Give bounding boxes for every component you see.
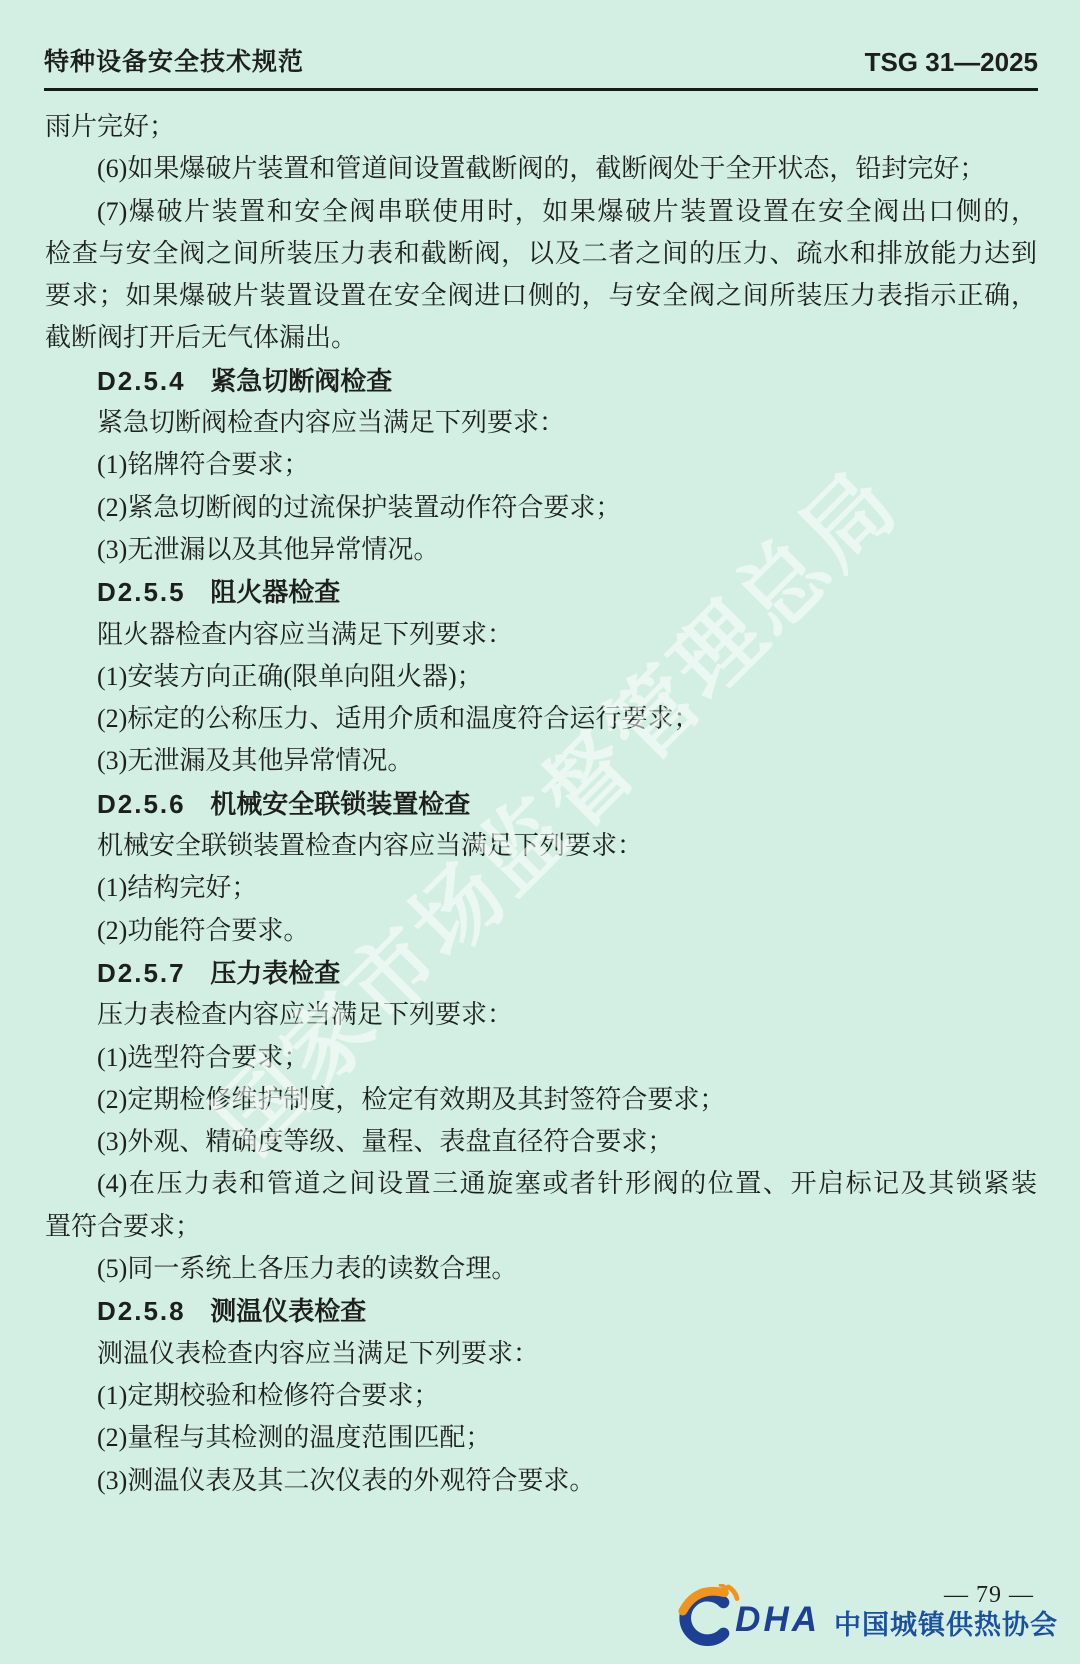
body-line: (5)同一系统上各压力表的读数合理。 bbox=[45, 1248, 1037, 1290]
section-number: D2.5.7 bbox=[97, 958, 186, 988]
section-title: 压力表检查 bbox=[210, 958, 340, 988]
body-line: 阻火器检查内容应当满足下列要求： bbox=[45, 614, 1037, 656]
section-heading: D2.5.6机械安全联锁装置检查 bbox=[45, 783, 1037, 825]
body-line: (3)测温仪表及其二次仪表的外观符合要求。 bbox=[45, 1460, 1037, 1502]
header-title: 特种设备安全技术规范 bbox=[44, 42, 304, 78]
body-line: 机械安全联锁装置检查内容应当满足下列要求： bbox=[45, 825, 1037, 867]
section-number: D2.5.5 bbox=[97, 577, 186, 607]
body-line: (1)选型符合要求； bbox=[45, 1037, 1037, 1079]
document-page: 特种设备安全技术规范 TSG 31—2025 国家市场监督管理总局 雨片完好；(… bbox=[0, 0, 1080, 1664]
body-line: (3)外观、精确度等级、量程、表盘直径符合要求； bbox=[45, 1121, 1037, 1163]
cdha-swoosh-icon bbox=[673, 1584, 743, 1646]
section-title: 测温仪表检查 bbox=[210, 1296, 366, 1326]
body-line: (1)定期校验和检修符合要求； bbox=[45, 1375, 1037, 1417]
body-line: 测温仪表检查内容应当满足下列要求： bbox=[45, 1333, 1037, 1375]
section-heading: D2.5.5阻火器检查 bbox=[45, 571, 1037, 613]
document-body: 雨片完好；(6)如果爆破片装置和管道间设置截断阀的，截断阀处于全开状态，铅封完好… bbox=[45, 106, 1037, 1502]
body-line: 压力表检查内容应当满足下列要求： bbox=[45, 994, 1037, 1036]
section-heading: D2.5.7压力表检查 bbox=[45, 952, 1037, 994]
header-doc-code: TSG 31—2025 bbox=[865, 47, 1038, 78]
body-line: (3)无泄漏及其他异常情况。 bbox=[45, 740, 1037, 782]
body-line: (2)紧急切断阀的过流保护装置动作符合要求； bbox=[45, 487, 1037, 529]
section-number: D2.5.8 bbox=[97, 1296, 186, 1326]
body-line: (6)如果爆破片装置和管道间设置截断阀的，截断阀处于全开状态，铅封完好； bbox=[45, 148, 1037, 190]
section-number: D2.5.6 bbox=[97, 789, 186, 819]
section-heading: D2.5.4紧急切断阀检查 bbox=[45, 360, 1037, 402]
section-title: 机械安全联锁装置检查 bbox=[210, 789, 470, 819]
body-line: (1)安装方向正确(限单向阻火器)； bbox=[45, 656, 1037, 698]
body-line: (2)定期检修维护制度，检定有效期及其封签符合要求； bbox=[45, 1079, 1037, 1121]
page-number: — 79 — bbox=[944, 1582, 1034, 1609]
body-line: (1)铭牌符合要求； bbox=[45, 444, 1037, 486]
body-line: 检查与安全阀之间所装压力表和截断阀，以及二者之间的压力、疏水和排放能力达到 bbox=[45, 233, 1037, 275]
body-line: (4)在压力表和管道之间设置三通旋塞或者针形阀的位置、开启标记及其锁紧装 bbox=[45, 1163, 1037, 1205]
page-header: 特种设备安全技术规范 TSG 31—2025 bbox=[44, 42, 1038, 91]
body-line: (3)无泄漏以及其他异常情况。 bbox=[45, 529, 1037, 571]
body-line: (2)功能符合要求。 bbox=[45, 910, 1037, 952]
body-line: (1)结构完好； bbox=[45, 867, 1037, 909]
body-line: (7)爆破片装置和安全阀串联使用时，如果爆破片装置设置在安全阀出口侧的， bbox=[45, 191, 1037, 233]
section-title: 紧急切断阀检查 bbox=[210, 366, 392, 396]
body-line: 截断阀打开后无气体漏出。 bbox=[45, 317, 1037, 359]
section-heading: D2.5.8测温仪表检查 bbox=[45, 1290, 1037, 1332]
logo-acronym: DHA bbox=[735, 1600, 820, 1640]
body-line: (2)标定的公称压力、适用介质和温度符合运行要求； bbox=[45, 698, 1037, 740]
body-line: (2)量程与其检测的温度范围匹配； bbox=[45, 1417, 1037, 1459]
section-title: 阻火器检查 bbox=[210, 577, 340, 607]
body-line: 紧急切断阀检查内容应当满足下列要求： bbox=[45, 402, 1037, 444]
body-line: 要求；如果爆破片装置设置在安全阀进口侧的，与安全阀之间所装压力表指示正确， bbox=[45, 275, 1037, 317]
body-line: 雨片完好； bbox=[45, 106, 1037, 148]
body-line: 置符合要求； bbox=[45, 1206, 1037, 1248]
section-number: D2.5.4 bbox=[97, 366, 186, 396]
